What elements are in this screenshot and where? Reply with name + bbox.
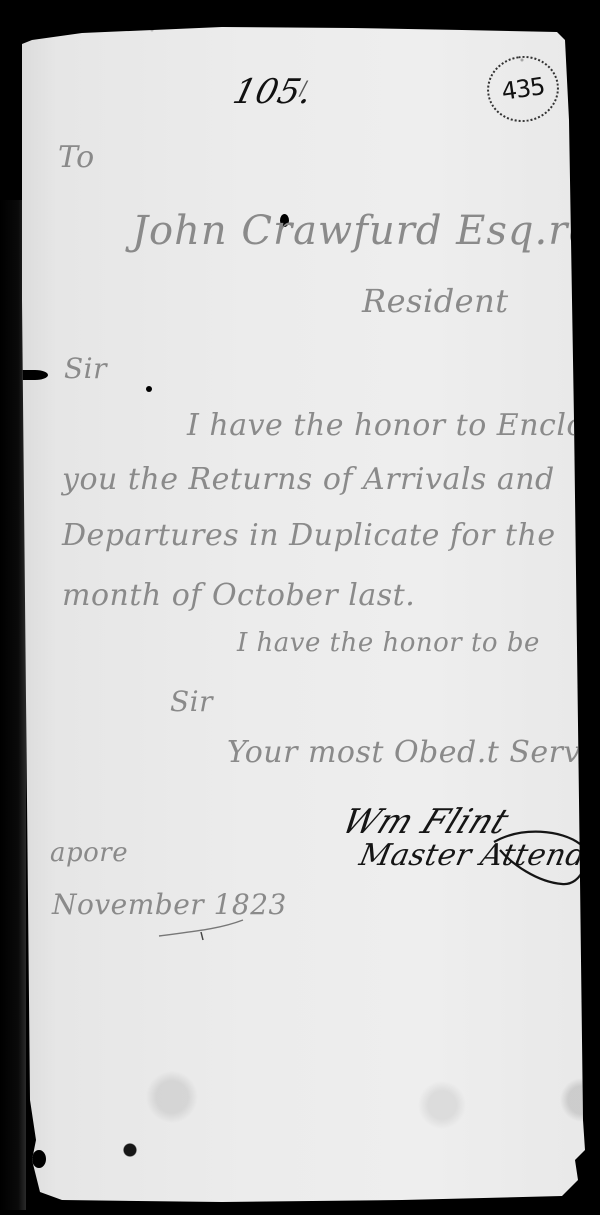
addressee-name: John Crawfurd Esq.re (132, 208, 593, 254)
closing-line-1: I have the honor to be (237, 628, 540, 658)
corner-damage-spot (32, 1150, 46, 1168)
scan-viewport: 105. / 435 To John Crawfurd Esq.re Resid… (0, 0, 600, 1215)
folio-tick-mark: / (300, 76, 307, 100)
signature-name: Wm Flint (336, 802, 515, 842)
binding-tab (22, 370, 48, 380)
archive-stamp-number: 435 (500, 72, 546, 106)
letter-date: November 1823 (52, 888, 287, 921)
closing-line-3: Your most Obed.t Servant (227, 735, 600, 770)
closing-line-2: Sir (170, 685, 213, 718)
ink-dot (146, 386, 152, 392)
place-of-writing: apore (50, 838, 128, 868)
body-line-1: I have the honor to Enclose (187, 408, 600, 443)
date-underline-flourish-icon (157, 918, 247, 942)
body-line-4: month of October last. (62, 578, 415, 613)
salutation: Sir (64, 352, 107, 385)
letter-page: 105. / 435 To John Crawfurd Esq.re Resid… (22, 0, 600, 1215)
address-prefix: To (58, 140, 95, 175)
binding-shadow (0, 200, 26, 1210)
addressee-title: Resident (362, 282, 509, 320)
body-line-2: you the Returns of Arrivals and (62, 462, 555, 497)
signature-flourish-icon (492, 824, 592, 894)
body-line-3: Departures in Duplicate for the (62, 518, 556, 553)
